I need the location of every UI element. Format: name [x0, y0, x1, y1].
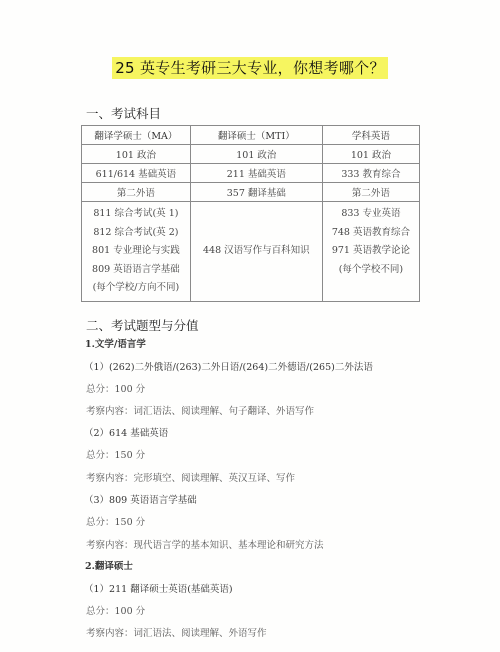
- table-row: 101 政治 101 政治 101 政治: [82, 145, 420, 164]
- header-subject-english: 学科英语: [322, 126, 419, 145]
- exam-content: 考察内容：词汇语法、阅读理解、外语写作: [86, 627, 267, 641]
- cell-line: 833 专业英语: [323, 205, 419, 224]
- table-cell-mti-specialized: 448 汉语写作与百科知识: [190, 202, 322, 302]
- total-score: 总分：100 分: [86, 605, 145, 619]
- cell-line: (每个学校不同): [323, 261, 419, 280]
- section1-heading: 一、考试科目: [86, 104, 161, 122]
- document-title: 25 英专生考研三大专业，你想考哪个？: [112, 57, 388, 79]
- cell-line: 812 综合考试(英 2): [82, 224, 190, 243]
- table-cell: 101 政治: [190, 145, 322, 164]
- table-cell: 第二外语: [322, 183, 419, 202]
- table-header-row: 翻译学硕士（MA） 翻译硕士（MTI） 学科英语: [82, 126, 420, 145]
- total-score: 总分：100 分: [86, 383, 145, 397]
- exam-subjects-table: 翻译学硕士（MA） 翻译硕士（MTI） 学科英语 101 政治 101 政治 1…: [81, 125, 420, 302]
- exam-content: 考察内容：词汇语法、阅读理解、句子翻译、外语写作: [86, 405, 314, 419]
- table-cell: 357 翻译基础: [190, 183, 322, 202]
- header-ma: 翻译学硕士（MA）: [82, 126, 191, 145]
- subject-heading: （3）809 英语语言学基础: [84, 494, 197, 508]
- exam-content: 考察内容：现代语言学的基本知识、基本理论和研究方法: [86, 539, 324, 553]
- table-cell: 第二外语: [82, 183, 191, 202]
- table-cell: 611/614 基础英语: [82, 164, 191, 183]
- header-mti: 翻译硕士（MTI）: [190, 126, 322, 145]
- subject-heading: （1）(262)二外俄语/(263)二外日语/(264)二外德语/(265)二外…: [84, 361, 373, 375]
- table-row: 611/614 基础英语 211 基础英语 333 教育综合: [82, 164, 420, 183]
- subject-heading: （1）211 翻译硕士英语(基础英语): [84, 583, 233, 597]
- exam-content: 考察内容：完形填空、阅读理解、英汉互译、写作: [86, 472, 295, 486]
- table-cell: 211 基础英语: [190, 164, 322, 183]
- section2-heading: 二、考试题型与分值: [86, 316, 199, 334]
- cell-line: 971 英语教学论论: [323, 242, 419, 261]
- table-cell-ma-specialized: 811 综合考试(英 1) 812 综合考试(英 2) 801 专业理论与实践 …: [82, 202, 191, 302]
- table-cell: 101 政治: [82, 145, 191, 164]
- cell-line: 809 英语语言学基础: [82, 261, 190, 280]
- cell-line: 748 英语教育综合: [323, 224, 419, 243]
- title-wrap: 25 英专生考研三大专业，你想考哪个？: [0, 57, 500, 79]
- table-row: 第二外语 357 翻译基础 第二外语: [82, 183, 420, 202]
- table-cell: 333 教育综合: [322, 164, 419, 183]
- total-score: 总分：150 分: [86, 516, 145, 530]
- cell-line: (每个学校/方向不同): [82, 279, 190, 298]
- cell-line: 448 汉语写作与百科知识: [191, 242, 322, 261]
- table-cell: 101 政治: [322, 145, 419, 164]
- subject-heading: （2）614 基础英语: [84, 427, 168, 441]
- table-row-specialized: 811 综合考试(英 1) 812 综合考试(英 2) 801 专业理论与实践 …: [82, 202, 420, 302]
- category-translation-master: 2.翻译硕士: [85, 560, 133, 574]
- category-literature-linguistics: 1.文学/语言学: [85, 338, 146, 352]
- total-score: 总分：150 分: [86, 449, 145, 463]
- cell-line: 811 综合考试(英 1): [82, 205, 190, 224]
- table-cell-subject-specialized: 833 专业英语 748 英语教育综合 971 英语教学论论 (每个学校不同): [322, 202, 419, 302]
- cell-line: 801 专业理论与实践: [82, 242, 190, 261]
